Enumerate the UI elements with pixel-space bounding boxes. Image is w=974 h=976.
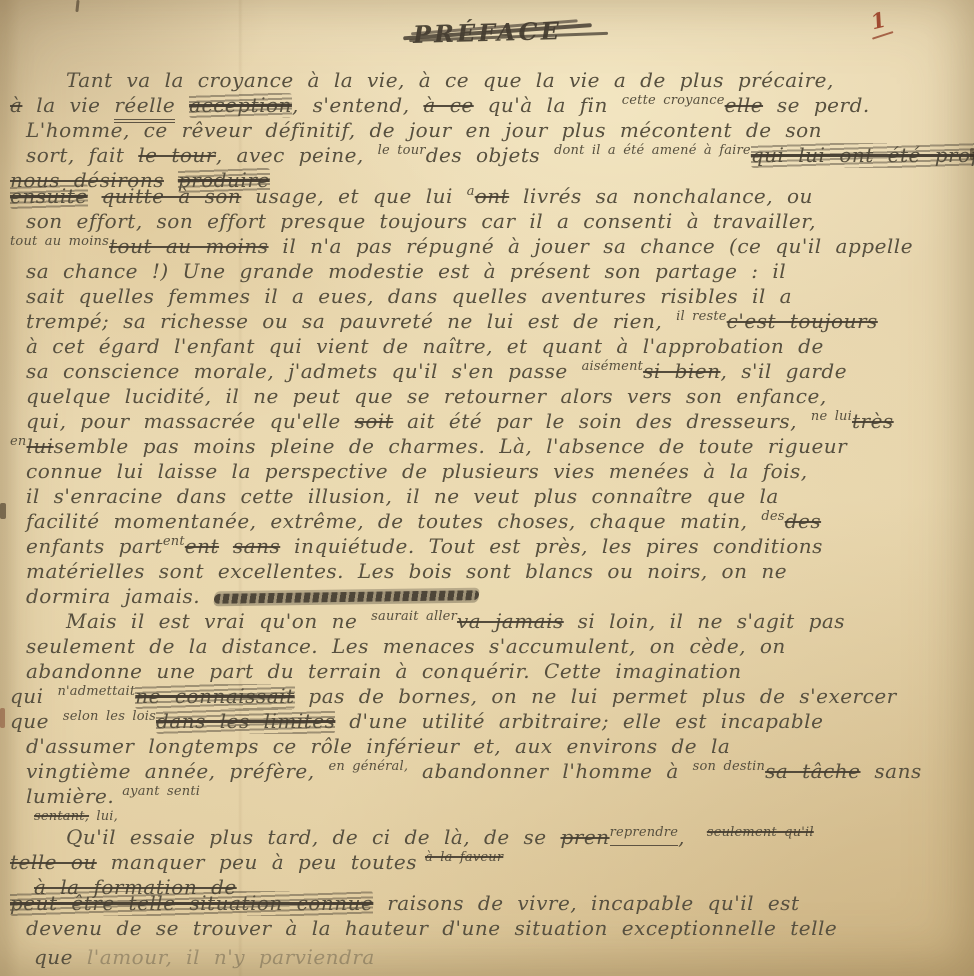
page-title-struck: PRÉFACE xyxy=(412,16,562,49)
interline-insertion: des xyxy=(761,504,784,529)
handwriting-text: sa chance !) Une grande modestie est à p… xyxy=(26,259,786,284)
handwriting-text: matérielles sont excellentes. Les bois s… xyxy=(26,559,787,584)
struck-text: à ce xyxy=(423,93,473,118)
manuscript-line: que selon les loisdans les limites d'une… xyxy=(10,709,960,734)
struck-text: des xyxy=(785,509,821,534)
handwriting-text: connue lui laisse la perspective de plus… xyxy=(26,459,808,484)
illegible-scribble xyxy=(213,590,479,604)
manuscript-line: abandonne une part du terrain à conquéri… xyxy=(26,659,960,684)
handwriting-text: , s'il garde xyxy=(721,359,848,384)
manuscript-line: sentant, lui, xyxy=(26,809,960,825)
manuscript-line: son effort, son effort presque toujours … xyxy=(26,209,960,234)
interline-insertion: saurait aller xyxy=(371,604,457,629)
manuscript-line: sa chance !) Une grande modestie est à p… xyxy=(26,259,960,284)
paper-edge-mark xyxy=(970,148,974,160)
struck-text: tout au moins xyxy=(109,234,269,259)
handwriting-text: , xyxy=(678,825,699,850)
handwriting-text: devenu de se trouver à la hauteur d'une … xyxy=(26,916,837,941)
struck-text: très xyxy=(852,409,894,434)
manuscript-line: sa conscience morale, j'admets qu'il s'e… xyxy=(26,359,960,384)
scratched-out-text: peut être telle situation connue xyxy=(10,891,373,916)
handwriting-text: , avec peine, xyxy=(216,143,378,168)
manuscript-line: tout au moinstout au moins il n'a pas ré… xyxy=(10,234,960,259)
scratched-out-text: acception xyxy=(189,93,292,118)
interline-insertion-underlined: reprendre xyxy=(610,820,679,846)
page-header: PRÉFACE 1 xyxy=(0,0,974,68)
manuscript-line: sort, fait le tour, avec peine, le tourd… xyxy=(26,143,960,168)
handwriting-text xyxy=(200,784,283,809)
manuscript-line: lumière.ayant senti xyxy=(26,784,960,809)
manuscript-line: telle ou manquer peu à peu toutesà la fa… xyxy=(10,850,960,875)
handwriting-text: à cet égard l'enfant qui vient de naître… xyxy=(26,334,824,359)
handwriting-text xyxy=(175,93,189,118)
handwriting-text xyxy=(503,850,531,875)
handwriting-text: sa conscience morale, j'admets qu'il s'e… xyxy=(26,359,582,384)
handwriting-text: inquiétude. Tout est près, les pires con… xyxy=(280,534,823,559)
handwriting-text: , s'entend, xyxy=(292,93,423,118)
paper-edge-mark xyxy=(0,708,5,728)
interline-insertion: lui, xyxy=(89,804,118,829)
handwriting-text: facilité momentanée, extrême, de toutes … xyxy=(26,509,761,534)
handwriting-text: d'une utilité arbitraire; elle est incap… xyxy=(335,709,823,734)
manuscript-line: matérielles sont excellentes. Les bois s… xyxy=(26,559,960,584)
scratched-out-text: qui lui ont été proposés, xyxy=(751,143,974,168)
handwriting-text: il n'a pas répugné à jouer sa chance (ce… xyxy=(269,234,913,259)
manuscript-line: trempé; sa richesse ou sa pauvreté ne lu… xyxy=(26,309,960,334)
struck-text: soit xyxy=(355,409,394,434)
manuscript-line: il s'enracine dans cette illusion, il ne… xyxy=(26,484,960,509)
manuscript-line: ensuite quitte à son usage, et que lui a… xyxy=(10,184,960,209)
paper-edge-mark xyxy=(0,503,6,519)
manuscript-line: peut être telle situation connue raisons… xyxy=(10,891,960,916)
manuscript-text-block: Tant va la croyance à la vie, à ce que l… xyxy=(0,68,974,970)
struck-text: sans xyxy=(233,534,280,559)
handwriting-text: la vie xyxy=(22,93,114,118)
handwriting-text: quelque lucidité, il ne peut que se reto… xyxy=(26,384,827,409)
handwriting-text: que xyxy=(10,709,63,734)
handwriting-text: abandonner l'homme à xyxy=(408,759,692,784)
interline-insertion: en général, xyxy=(328,754,408,779)
scratched-out-text: ne connaissait xyxy=(135,684,294,709)
manuscript-line: d'assumer longtemps ce rôle inférieur et… xyxy=(26,734,960,759)
handwriting-text: des objets xyxy=(426,143,554,168)
manuscript-line: seulement de la distance. Les menaces s'… xyxy=(26,634,960,659)
handwriting-text: il s'enracine dans cette illusion, il ne… xyxy=(26,484,779,509)
handwriting-text: se perd. xyxy=(763,93,870,118)
manuscript-line: enfants partentent sans inquiétude. Tout… xyxy=(26,534,960,559)
handwriting-text: que xyxy=(34,945,87,970)
struck-text: quitte à son xyxy=(102,184,242,209)
handwriting-text: qu'à la fin xyxy=(474,93,622,118)
interline-insertion: le tour xyxy=(378,138,426,163)
handwriting-text: pas de bornes, on ne lui permet plus de … xyxy=(295,684,897,709)
handwriting-text: raisons de vivre, incapable qu'il est xyxy=(373,891,799,916)
interline-insertion: selon les lois xyxy=(63,704,156,729)
interline-insertion: tout au moins xyxy=(10,229,109,254)
handwriting-text: dormira jamais. xyxy=(26,584,214,609)
cutoff-text: l'amour, il n'y parviendra xyxy=(87,945,375,970)
manuscript-line: que l'amour, il n'y parviendra xyxy=(34,945,960,970)
struck-text: pren xyxy=(560,825,609,850)
handwriting-text: ait été par le soin des dresseurs, xyxy=(393,409,811,434)
handwriting-text: trempé; sa richesse ou sa pauvreté ne lu… xyxy=(26,309,676,334)
manuscript-line: L'homme, ce rêveur définitif, de jour en… xyxy=(26,118,960,143)
interline-insertion: dont il a été amené à faire xyxy=(554,138,751,163)
manuscript-line: devenu de se trouver à la hauteur d'une … xyxy=(26,916,960,941)
handwriting-text: son effort, son effort presque toujours … xyxy=(26,209,816,234)
interline-insertion: ayant senti xyxy=(122,779,200,804)
interline-insertion: ent xyxy=(163,529,185,554)
interline-insertion-struck: à la faveur xyxy=(425,845,503,870)
interline-insertion: son destin xyxy=(693,754,765,779)
interline-insertion: ne lui xyxy=(811,404,852,429)
interline-insertion: cette croyance xyxy=(622,88,725,113)
handwriting-text: sort, fait xyxy=(26,143,138,168)
struck-text: ont xyxy=(475,184,509,209)
scratched-out-text: dans les limites xyxy=(156,709,335,734)
handwriting-text: seulement de la distance. Les menaces s'… xyxy=(26,634,786,659)
page-number: 1 xyxy=(869,7,889,35)
handwriting-text: enfants part xyxy=(26,534,163,559)
struck-text: à xyxy=(10,93,22,118)
interline-insertion: il reste xyxy=(676,304,727,329)
struck-text: ent xyxy=(185,534,219,559)
struck-text: lui xyxy=(26,434,53,459)
interline-insertion: en xyxy=(10,429,26,454)
handwriting-text xyxy=(219,534,233,559)
handwriting-text: semble pas moins pleine de charmes. Là, … xyxy=(54,434,848,459)
handwriting-text: Mais il est vrai qu'on ne xyxy=(66,609,371,634)
manuscript-line: à cet égard l'enfant qui vient de naître… xyxy=(26,334,960,359)
manuscript-line: Qu'il essaie plus tard, de ci de là, de … xyxy=(66,825,960,850)
manuscript-line: enluisemble pas moins pleine de charmes.… xyxy=(10,434,960,459)
struck-text: elle xyxy=(725,93,763,118)
manuscript-line: dormira jamais. xyxy=(26,584,960,609)
interline-insertion: n'admettait xyxy=(57,679,135,704)
handwriting-text: manquer peu à peu toutes xyxy=(97,850,417,875)
handwriting-text: sans xyxy=(861,759,922,784)
handwriting-text: si loin, il ne s'agit pas xyxy=(564,609,845,634)
manuscript-line: connue lui laisse la perspective de plus… xyxy=(26,459,960,484)
manuscript-line: à la vie réelle acception, s'entend, à c… xyxy=(10,93,960,118)
struck-text: sa tâche xyxy=(765,759,860,784)
struck-text: telle ou xyxy=(10,850,97,875)
manuscript-line: sait quelles femmes il a eues, dans quel… xyxy=(26,284,960,309)
handwriting-text: qui xyxy=(10,684,57,709)
handwriting-text: usage, et que lui xyxy=(241,184,466,209)
manuscript-line: nous désirons produire xyxy=(10,168,960,184)
interline-insertion: a xyxy=(467,179,475,204)
interline-insertion-struck: seulement qu'il xyxy=(707,820,814,845)
scratched-out-text: ensuite xyxy=(10,184,88,209)
manuscript-line: Mais il est vrai qu'on ne saurait allerv… xyxy=(66,609,960,634)
struck-text: si bien xyxy=(643,359,720,384)
manuscript-line: Tant va la croyance à la vie, à ce que l… xyxy=(66,68,960,93)
manuscript-line: à la formation de xyxy=(26,875,960,891)
struck-text: le tour xyxy=(138,143,216,168)
manuscript-line: qui, pour massacrée qu'elle soit ait été… xyxy=(26,409,960,434)
interline-insertion: aisément xyxy=(582,354,644,379)
struck-text: va jamais xyxy=(457,609,564,634)
handwriting-text xyxy=(88,184,102,209)
manuscript-page: PRÉFACE 1 Tant va la croyance à la vie, … xyxy=(0,0,974,976)
interline-insertion-struck: sentant, xyxy=(34,804,89,829)
handwriting-text: livrés sa nonchalance, ou xyxy=(509,184,813,209)
struck-text: c'est toujours xyxy=(727,309,878,334)
handwriting-text: qui, pour massacrée qu'elle xyxy=(26,409,355,434)
